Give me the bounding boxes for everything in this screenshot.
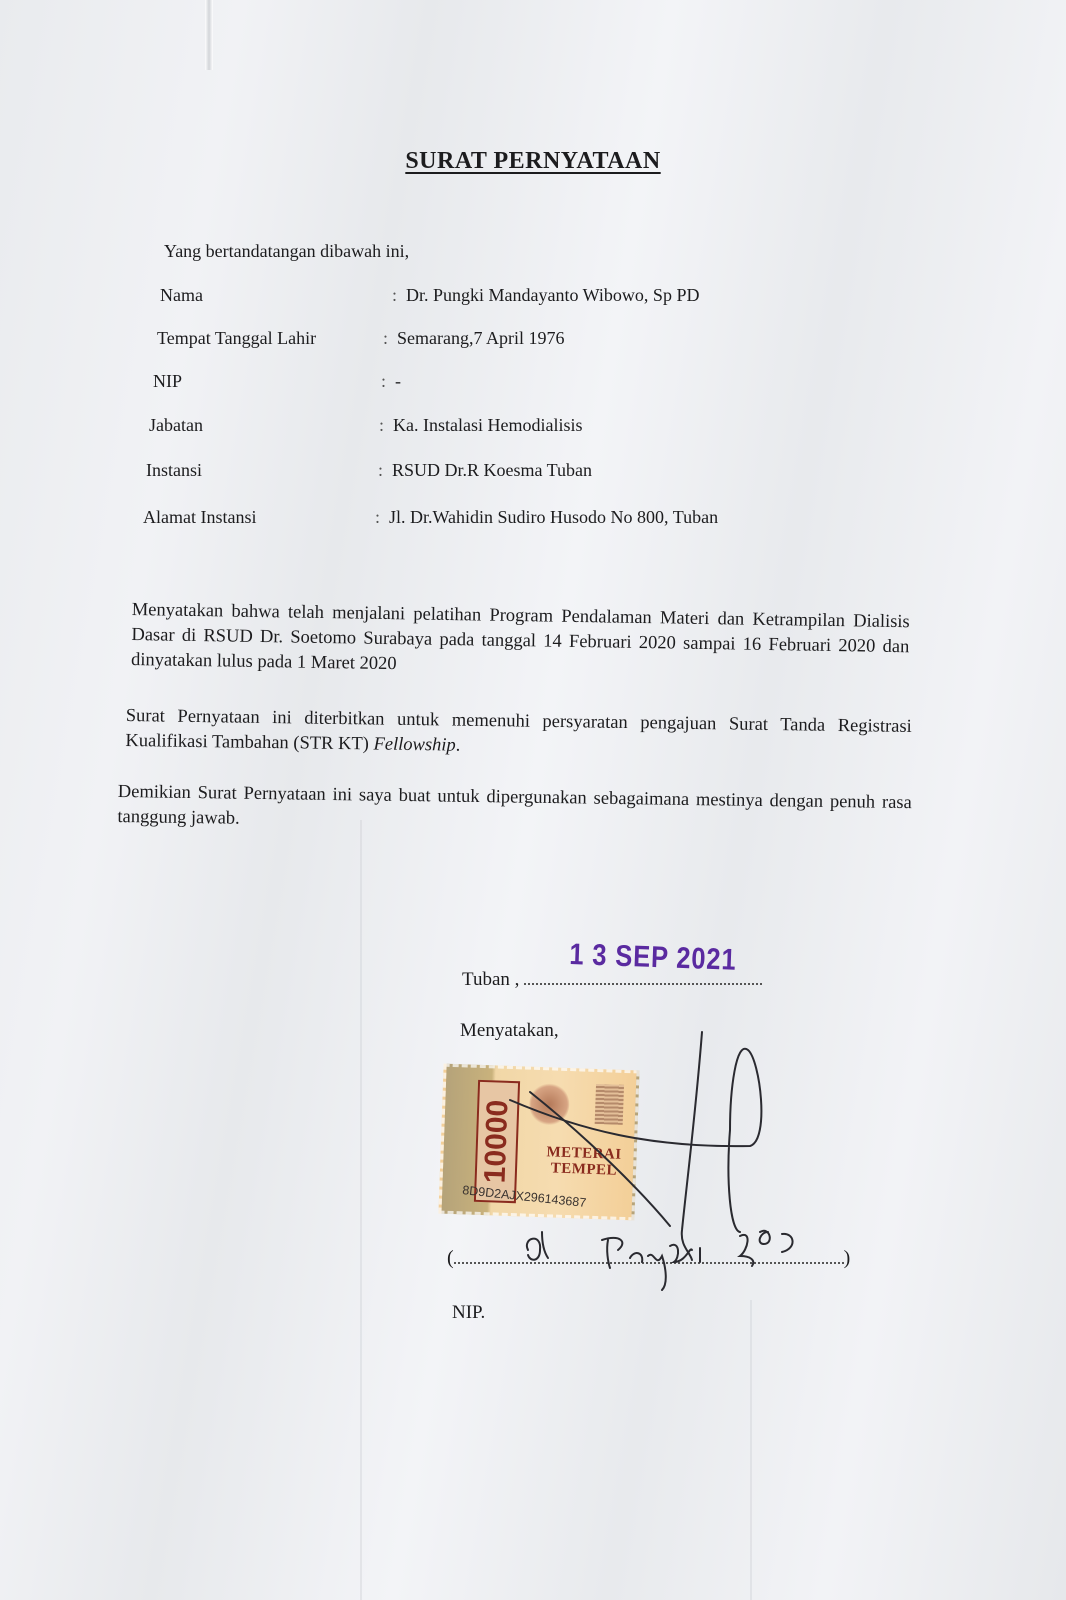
paper-crease [750, 1300, 752, 1600]
field-value: Jl. Dr.Wahidin Sudiro Husodo No 800, Tub… [389, 507, 718, 527]
document-page: SURAT PERNYATAAN Yang bertandatangan dib… [0, 0, 1066, 1600]
field-value: RSUD Dr.R Koesma Tuban [392, 460, 592, 480]
field-label: Jabatan [149, 415, 379, 436]
field-nama: Nama:Dr. Pungki Mandayanto Wibowo, Sp PD [160, 285, 699, 306]
field-label: NIP [153, 371, 381, 392]
field-tempat-tanggal-lahir: Tempat Tanggal Lahir:Semarang,7 April 19… [157, 328, 564, 349]
signature-name-line: () [447, 1247, 850, 1270]
field-label: Alamat Instansi [143, 507, 375, 528]
meterai-stamp: 10000 METERAI TEMPEL 8D9D2AJX296143687 [438, 1064, 639, 1221]
field-instansi: Instansi:RSUD Dr.R Koesma Tuban [146, 460, 592, 481]
field-label: Instansi [146, 460, 378, 481]
paper-crease [360, 820, 362, 1600]
field-value: Semarang,7 April 1976 [397, 328, 564, 348]
field-alamat-instansi: Alamat Instansi:Jl. Dr.Wahidin Sudiro Hu… [143, 507, 718, 528]
italic-term: Fellowship [373, 734, 456, 755]
security-pattern [595, 1084, 624, 1125]
field-value: Ka. Instalasi Hemodialisis [393, 415, 582, 435]
intro-text: Yang bertandatangan dibawah ini, [164, 241, 409, 262]
document-title: SURAT PERNYATAAN [0, 148, 1066, 175]
field-label: Nama [160, 285, 392, 306]
paragraph-closing: Demikian Surat Pernyataan ini saya buat … [117, 780, 912, 841]
paper-fold [205, 0, 213, 70]
date-stamp: 1 3 SEP 2021 [569, 938, 737, 978]
meterai-serial: 8D9D2AJX296143687 [462, 1183, 587, 1210]
paragraph-purpose: Surat Pernyataan ini diterbitkan untuk m… [125, 704, 912, 765]
nip-label: NIP. [452, 1302, 485, 1324]
field-jabatan: Jabatan:Ka. Instalasi Hemodialisis [149, 415, 582, 436]
field-label: Tempat Tanggal Lahir [157, 328, 383, 349]
field-value: Dr. Pungki Mandayanto Wibowo, Sp PD [406, 285, 699, 305]
paragraph-statement: Menyatakan bahwa telah menjalani pelatih… [131, 598, 910, 685]
field-nip: NIP:- [153, 371, 401, 392]
garuda-emblem-icon [529, 1082, 571, 1127]
field-value: - [395, 371, 401, 391]
closing-label: Menyatakan, [460, 1020, 559, 1042]
